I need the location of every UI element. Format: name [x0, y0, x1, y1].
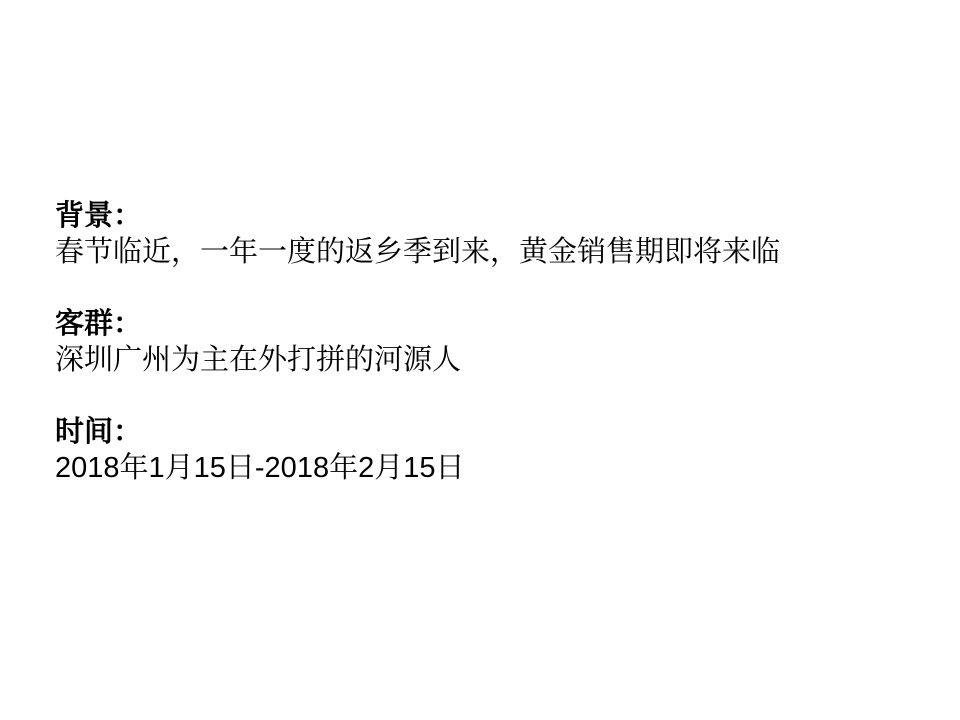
- section-background-heading: 背景：: [55, 198, 920, 234]
- presentation-slide: 背景： 春节临近，一年一度的返乡季到来，黄金销售期即将来临 客群： 深圳广州为主…: [0, 0, 960, 720]
- section-time-heading: 时间：: [55, 414, 920, 450]
- section-time-body: 2018年1月15日-2018年2月15日: [55, 450, 920, 486]
- section-background-body: 春节临近，一年一度的返乡季到来，黄金销售期即将来临: [55, 234, 920, 270]
- section-time: 时间： 2018年1月15日-2018年2月15日: [55, 414, 920, 486]
- slide-text-block: 背景： 春节临近，一年一度的返乡季到来，黄金销售期即将来临 客群： 深圳广州为主…: [55, 198, 920, 486]
- section-audience-heading: 客群：: [55, 306, 920, 342]
- section-audience: 客群： 深圳广州为主在外打拼的河源人: [55, 306, 920, 378]
- section-background: 背景： 春节临近，一年一度的返乡季到来，黄金销售期即将来临: [55, 198, 920, 270]
- section-audience-body: 深圳广州为主在外打拼的河源人: [55, 342, 920, 378]
